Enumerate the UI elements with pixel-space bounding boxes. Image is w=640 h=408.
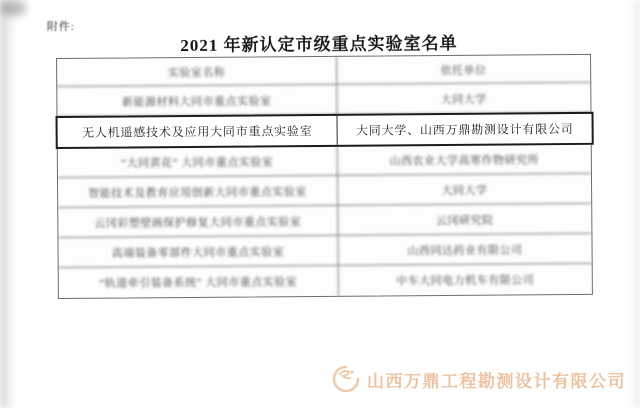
lab-name-cell: 智能技术及教育应用创新大同市重点实验室	[58, 176, 338, 207]
table-row: 智能技术及教育应用创新大同市重点实验室 大同大学	[58, 174, 591, 208]
unit-cell: 大同大学	[338, 174, 591, 205]
unit-header: 依托单位	[337, 55, 590, 84]
lab-name-cell: 云冈彩塑壁画保护修复大同市重点实验室	[58, 206, 338, 237]
lab-name-header: 实验室名称	[57, 57, 337, 86]
table-row: 高端装备零部件大同市重点实验室 山西同达药业有限公司	[58, 234, 591, 268]
lab-name-cell: “大同黄花” 大同市重点实验室	[58, 146, 338, 177]
lab-name-cell: 无人机遥感技术及应用大同市重点实验室	[58, 116, 339, 147]
unit-cell: 山西农业大学高寒作物研究所	[338, 144, 591, 175]
company-logo-icon	[331, 364, 361, 394]
lab-name-cell: 新能源材料大同市重点实验室	[57, 85, 337, 116]
watermark: 山西万鼎工程勘测设计有限公司	[331, 362, 626, 396]
table-row-highlighted: 无人机遥感技术及应用大同市重点实验室 大同大学、山西万鼎勘测设计有限公司	[55, 112, 593, 149]
page-title: 2021 年新认定市级重点实验室名单	[0, 27, 639, 57]
unit-cell: 中车大同电力机车有限公司	[338, 264, 591, 296]
unit-cell: 大同大学	[337, 83, 590, 114]
scanned-document: 附件: 2021 年新认定市级重点实验室名单 实验室名称 依托单位 新能源材料大…	[0, 0, 640, 360]
unit-cell: 云冈研究院	[338, 204, 591, 235]
company-name: 山西万鼎工程勘测设计有限公司	[367, 367, 626, 392]
table-row: “轨道牵引装备系统” 大同市重点实验室 中车大同电力机车有限公司	[59, 264, 592, 298]
unit-cell: 大同大学、山西万鼎勘测设计有限公司	[338, 114, 592, 145]
lab-name-cell: “轨道牵引装备系统” 大同市重点实验室	[59, 266, 339, 298]
table-header-row: 实验室名称 依托单位	[57, 55, 590, 87]
table-row: 云冈彩塑壁画保护修复大同市重点实验室 云冈研究院	[58, 204, 591, 238]
table-row: “大同黄花” 大同市重点实验室 山西农业大学高寒作物研究所	[58, 144, 591, 178]
lab-name-cell: 高端装备零部件大同市重点实验室	[58, 236, 338, 267]
unit-cell: 山西同达药业有限公司	[338, 234, 591, 265]
laboratory-table: 实验室名称 依托单位 新能源材料大同市重点实验室 大同大学 无人机遥感技术及应用…	[56, 54, 593, 299]
